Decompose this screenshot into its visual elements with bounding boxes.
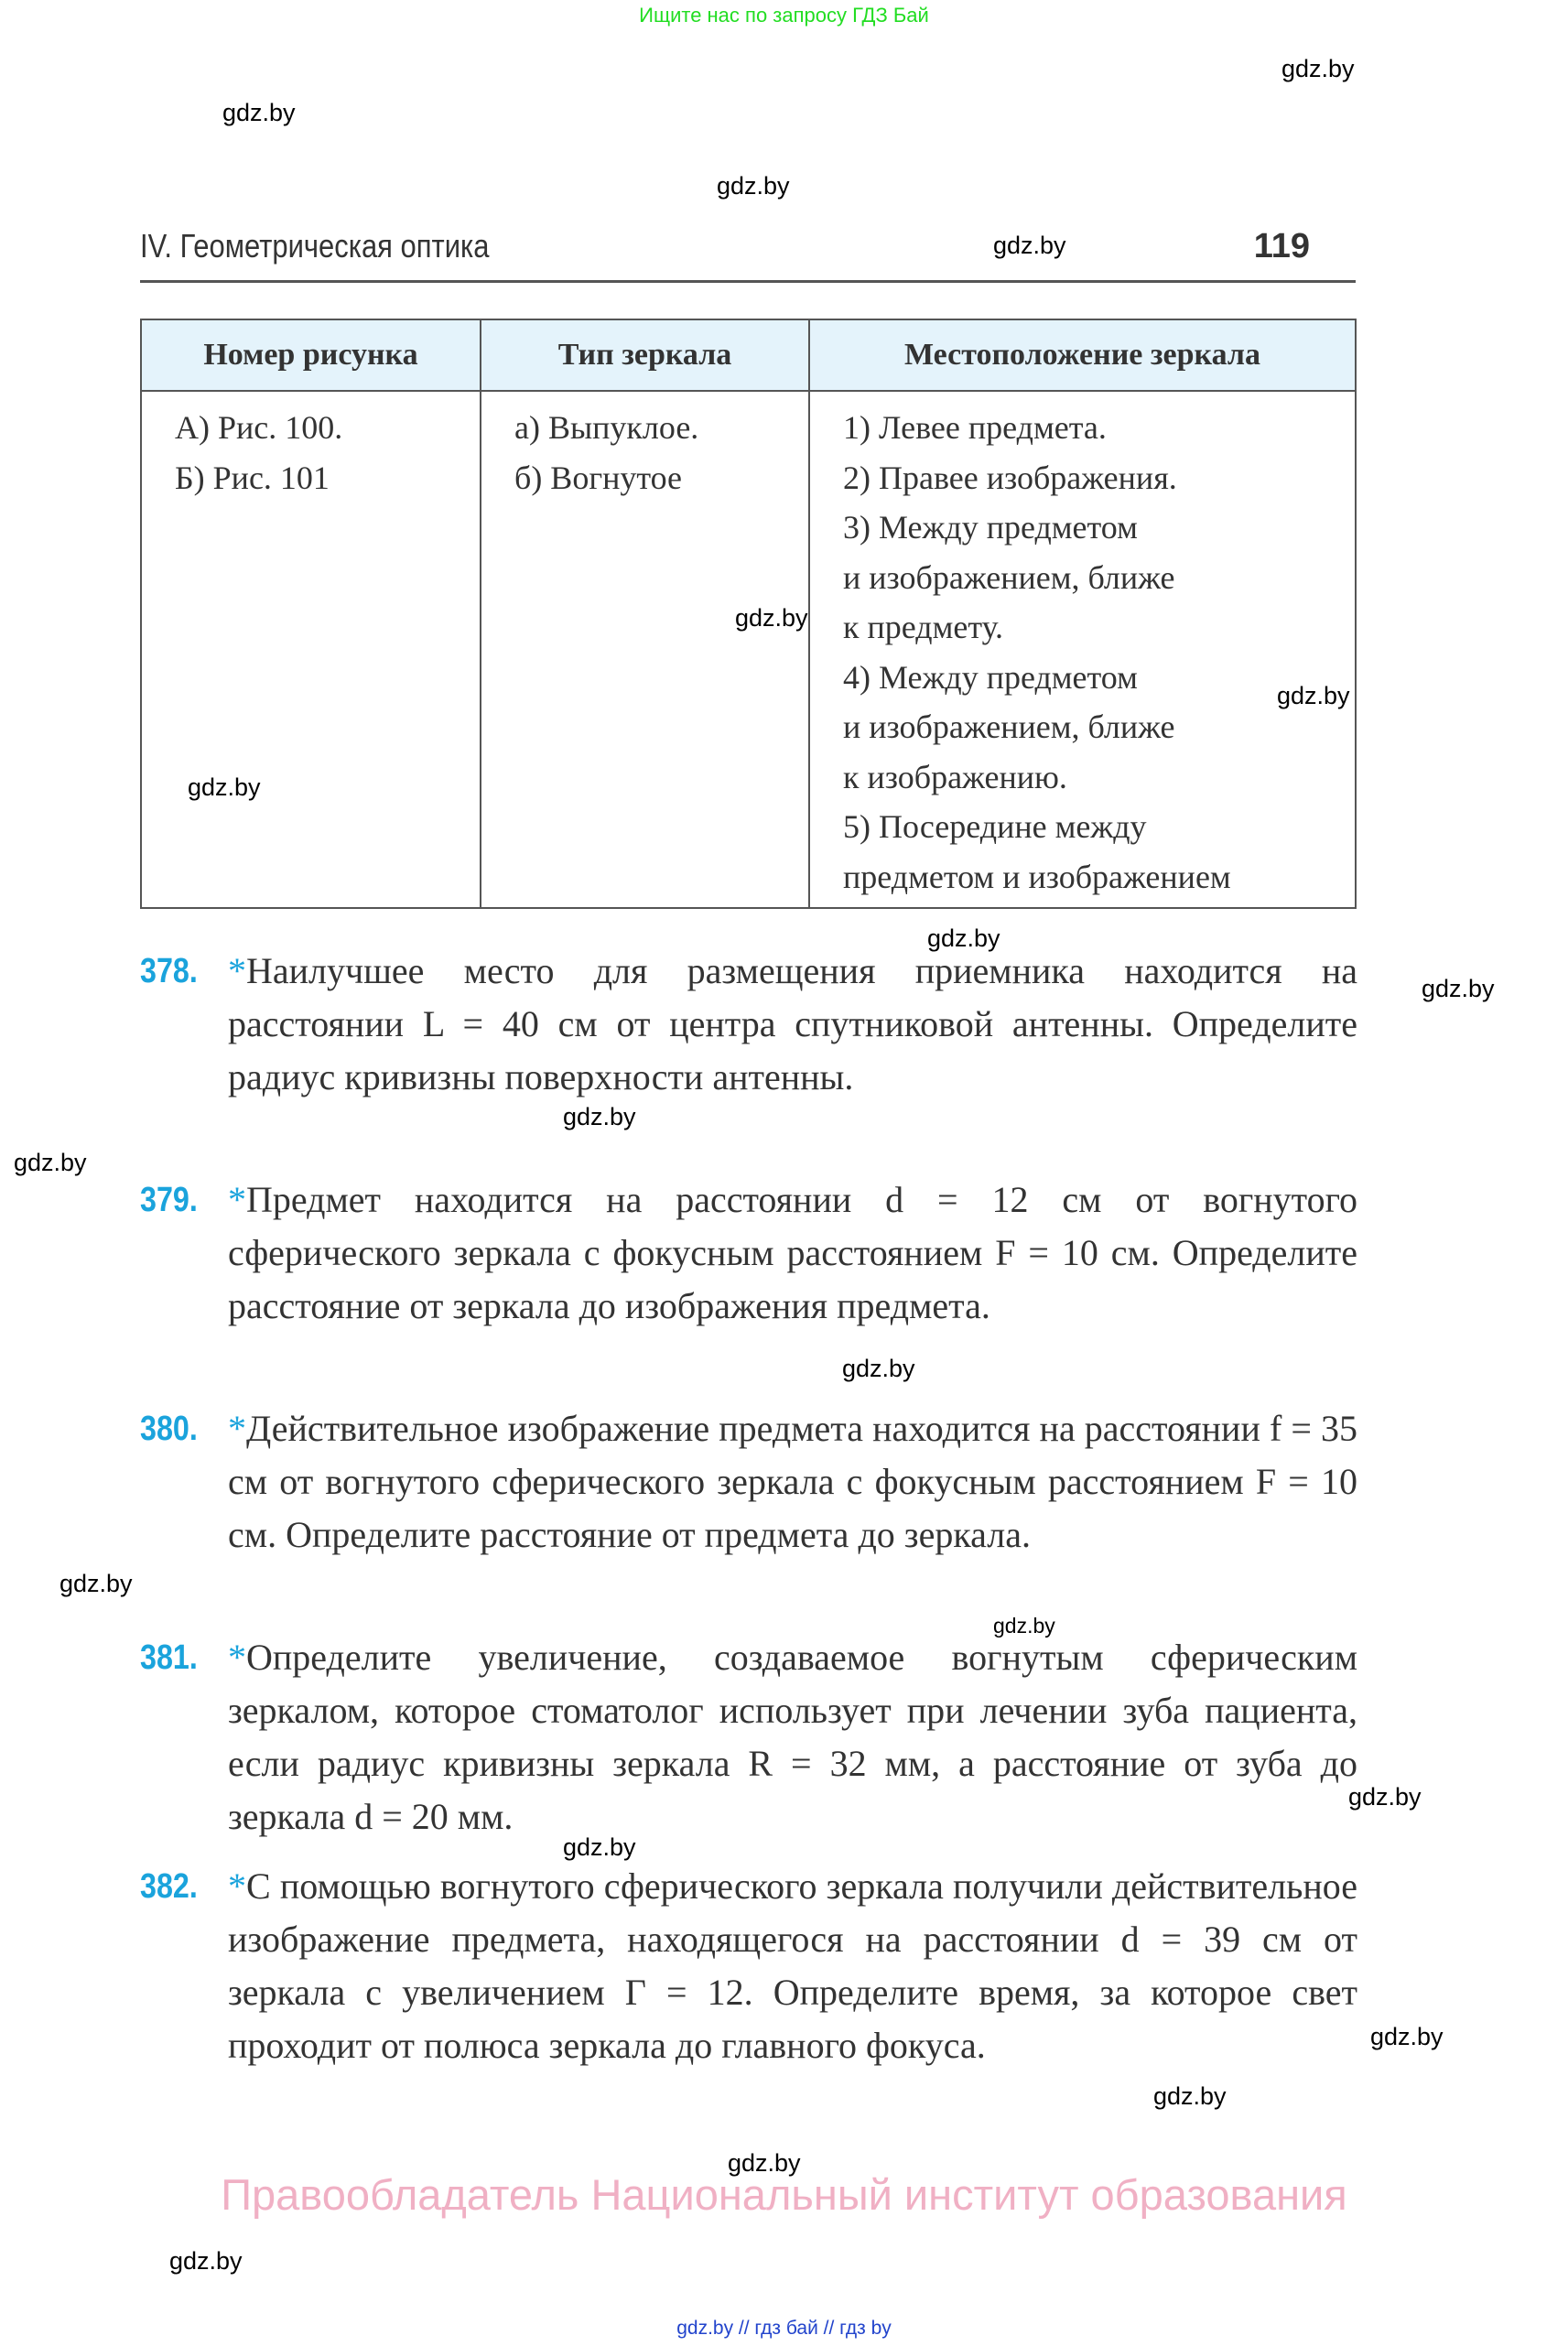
star-icon: * (228, 1179, 246, 1220)
list-item: 3) Между предметом (810, 503, 1355, 553)
copyright-notice: Правообладатель Национальный институт об… (0, 2169, 1568, 2220)
star-icon: * (228, 950, 246, 991)
page-number: 119 (1254, 227, 1310, 266)
list-item: 2) Правее изображения. (810, 453, 1355, 503)
watermark: gdz.by (169, 2247, 243, 2276)
watermark: gdz.by (14, 1149, 87, 1177)
list-item: 5) Посередине между (810, 802, 1355, 852)
list-item: 4) Между предметом (810, 653, 1355, 703)
chapter-title: IV. Геометрическая оптика (140, 227, 489, 265)
watermark: gdz.by (1277, 682, 1350, 710)
table-row: А) Рис. 100. Б) Рис. 101 а) Выпуклое. б)… (141, 391, 1356, 908)
problem-381: 381. *Определите увеличение, создаваемое… (140, 1631, 1357, 1843)
running-head: IV. Геометрическая оптика 119 (140, 227, 1356, 283)
problem-379: 379. *Предмет находится на расстоянии d … (140, 1173, 1357, 1333)
list-item: предметом и изображением (810, 852, 1355, 903)
mirror-type-cell: а) Выпуклое. б) Вогнутое (481, 391, 809, 908)
watermark: gdz.by (1422, 975, 1495, 1003)
footer-links[interactable]: gdz.by // гдз бай // гдз by (0, 2318, 1568, 2340)
column-header: Тип зеркала (481, 319, 809, 391)
problem-text: Действительное изображение предмета нахо… (228, 1408, 1357, 1555)
table-header-row: Номер рисунка Тип зеркала Местоположение… (141, 319, 1356, 391)
list-item: б) Вогнутое (481, 453, 808, 503)
problem-number: 382. (140, 1860, 198, 1913)
problem-380: 380. *Действительное изображение предмет… (140, 1402, 1357, 1562)
watermark: gdz.by (1348, 1783, 1422, 1811)
watermark: gdz.by (59, 1570, 133, 1598)
list-item: и изображением, ближе (810, 553, 1355, 603)
watermark: gdz.by (1370, 2023, 1444, 2051)
column-header: Номер рисунка (141, 319, 481, 391)
watermark: gdz.by (842, 1355, 915, 1383)
problem-378: 378. *Наилучшее место для размещения при… (140, 945, 1357, 1104)
list-item: 1) Левее предмета. (810, 403, 1355, 453)
problem-number: 379. (140, 1173, 198, 1227)
list-item: и изображением, ближе (810, 702, 1355, 752)
list-item: Б) Рис. 101 (142, 453, 480, 503)
watermark: gdz.by (993, 232, 1066, 260)
problem-number: 378. (140, 945, 198, 998)
list-item: к изображению. (810, 752, 1355, 803)
star-icon: * (228, 1865, 246, 1907)
problem-text: Наилучшее место для размещения приемника… (228, 950, 1357, 1097)
star-icon: * (228, 1637, 246, 1678)
top-banner[interactable]: Ищите нас по запросу ГДЗ Бай (0, 4, 1568, 27)
watermark: gdz.by (735, 604, 808, 632)
mirror-location-cell: 1) Левее предмета. 2) Правее изображения… (809, 391, 1356, 908)
list-item: А) Рис. 100. (142, 403, 480, 453)
watermark: gdz.by (563, 1833, 636, 1862)
watermark: gdz.by (1153, 2082, 1227, 2111)
problem-number: 381. (140, 1631, 198, 1684)
star-icon: * (228, 1408, 246, 1449)
watermark: gdz.by (563, 1103, 636, 1131)
watermark: gdz.by (717, 172, 790, 200)
column-header: Местоположение зеркала (809, 319, 1356, 391)
watermark: gdz.by (1281, 55, 1355, 83)
problem-text: Предмет находится на расстоянии d = 12 с… (228, 1179, 1357, 1326)
problem-text: С помощью вогнутого сферического зеркала… (228, 1865, 1357, 2066)
watermark: gdz.by (222, 99, 296, 127)
watermark: gdz.by (188, 773, 261, 802)
problem-382: 382. *С помощью вогнутого сферического з… (140, 1860, 1357, 2072)
figure-cell: А) Рис. 100. Б) Рис. 101 (141, 391, 481, 908)
problem-number: 380. (140, 1402, 198, 1455)
list-item: к предмету. (810, 602, 1355, 653)
problem-text: Определите увеличение, создаваемое вогну… (228, 1637, 1357, 1837)
list-item: а) Выпуклое. (481, 403, 808, 453)
